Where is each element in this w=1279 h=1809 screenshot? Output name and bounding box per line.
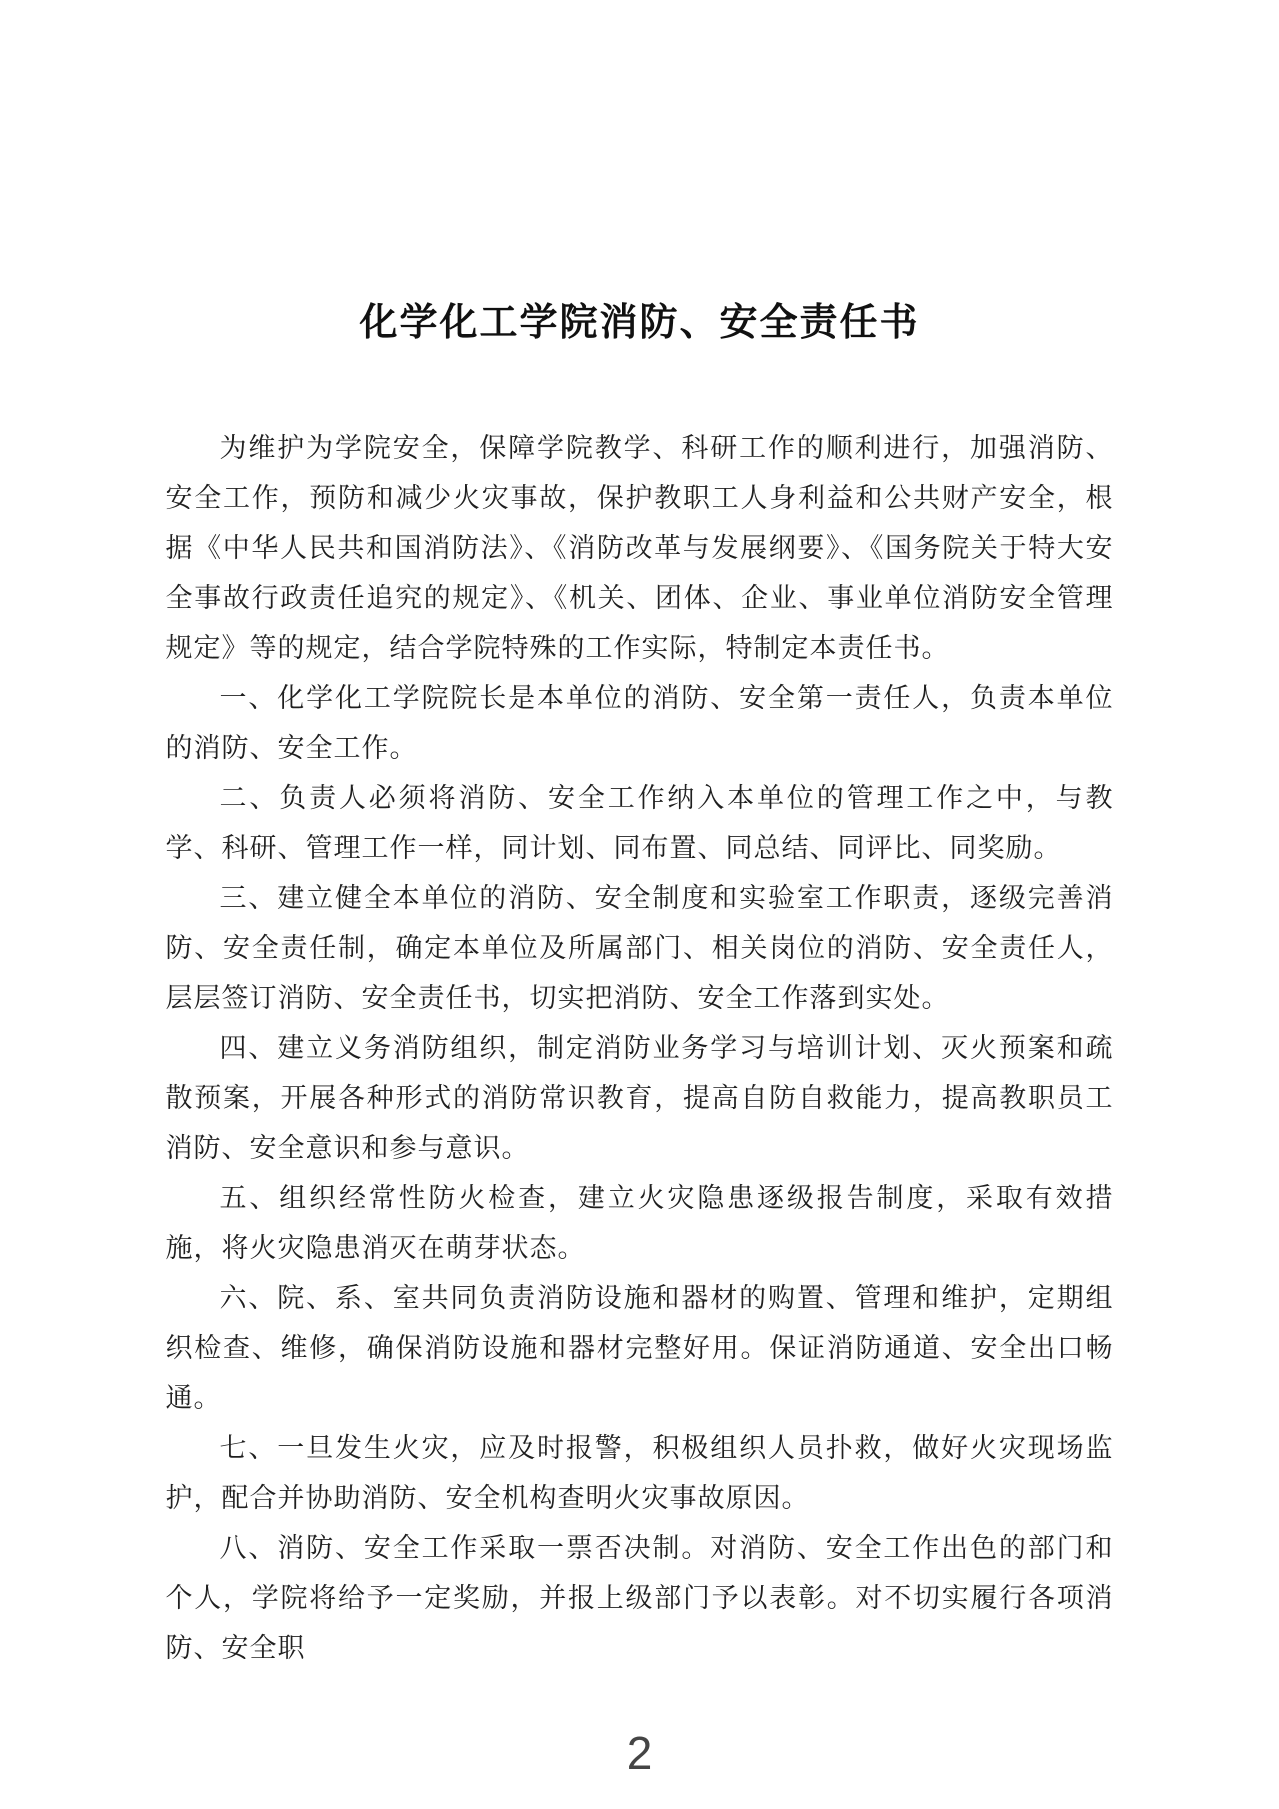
document-body: 为维护为学院安全，保障学院教学、科研工作的顺利进行，加强消防、安全工作，预防和减… xyxy=(166,423,1114,1673)
intro-paragraph: 为维护为学院安全，保障学院教学、科研工作的顺利进行，加强消防、安全工作，预防和减… xyxy=(166,423,1114,673)
document-title: 化学化工学院消防、安全责任书 xyxy=(0,0,1279,346)
document-page: 化学化工学院消防、安全责任书 为维护为学院安全，保障学院教学、科研工作的顺利进行… xyxy=(0,0,1279,1809)
clause-5-paragraph: 五、组织经常性防火检查，建立火灾隐患逐级报告制度，采取有效措施，将火灾隐患消灭在… xyxy=(166,1173,1114,1273)
clause-1-paragraph: 一、化学化工学院院长是本单位的消防、安全第一责任人，负责本单位的消防、安全工作。 xyxy=(166,673,1114,773)
clause-2-paragraph: 二、负责人必须将消防、安全工作纳入本单位的管理工作之中，与教学、科研、管理工作一… xyxy=(166,773,1114,873)
clause-7-paragraph: 七、一旦发生火灾，应及时报警，积极组织人员扑救，做好火灾现场监护，配合并协助消防… xyxy=(166,1423,1114,1523)
clause-6-paragraph: 六、院、系、室共同负责消防设施和器材的购置、管理和维护，定期组织检查、维修，确保… xyxy=(166,1273,1114,1423)
clause-8-paragraph: 八、消防、安全工作采取一票否决制。对消防、安全工作出色的部门和个人，学院将给予一… xyxy=(166,1523,1114,1673)
clause-4-paragraph: 四、建立义务消防组织，制定消防业务学习与培训计划、灭火预案和疏散预案，开展各种形… xyxy=(166,1023,1114,1173)
page-number: 2 xyxy=(0,1728,1279,1778)
clause-3-paragraph: 三、建立健全本单位的消防、安全制度和实验室工作职责，逐级完善消防、安全责任制，确… xyxy=(166,873,1114,1023)
